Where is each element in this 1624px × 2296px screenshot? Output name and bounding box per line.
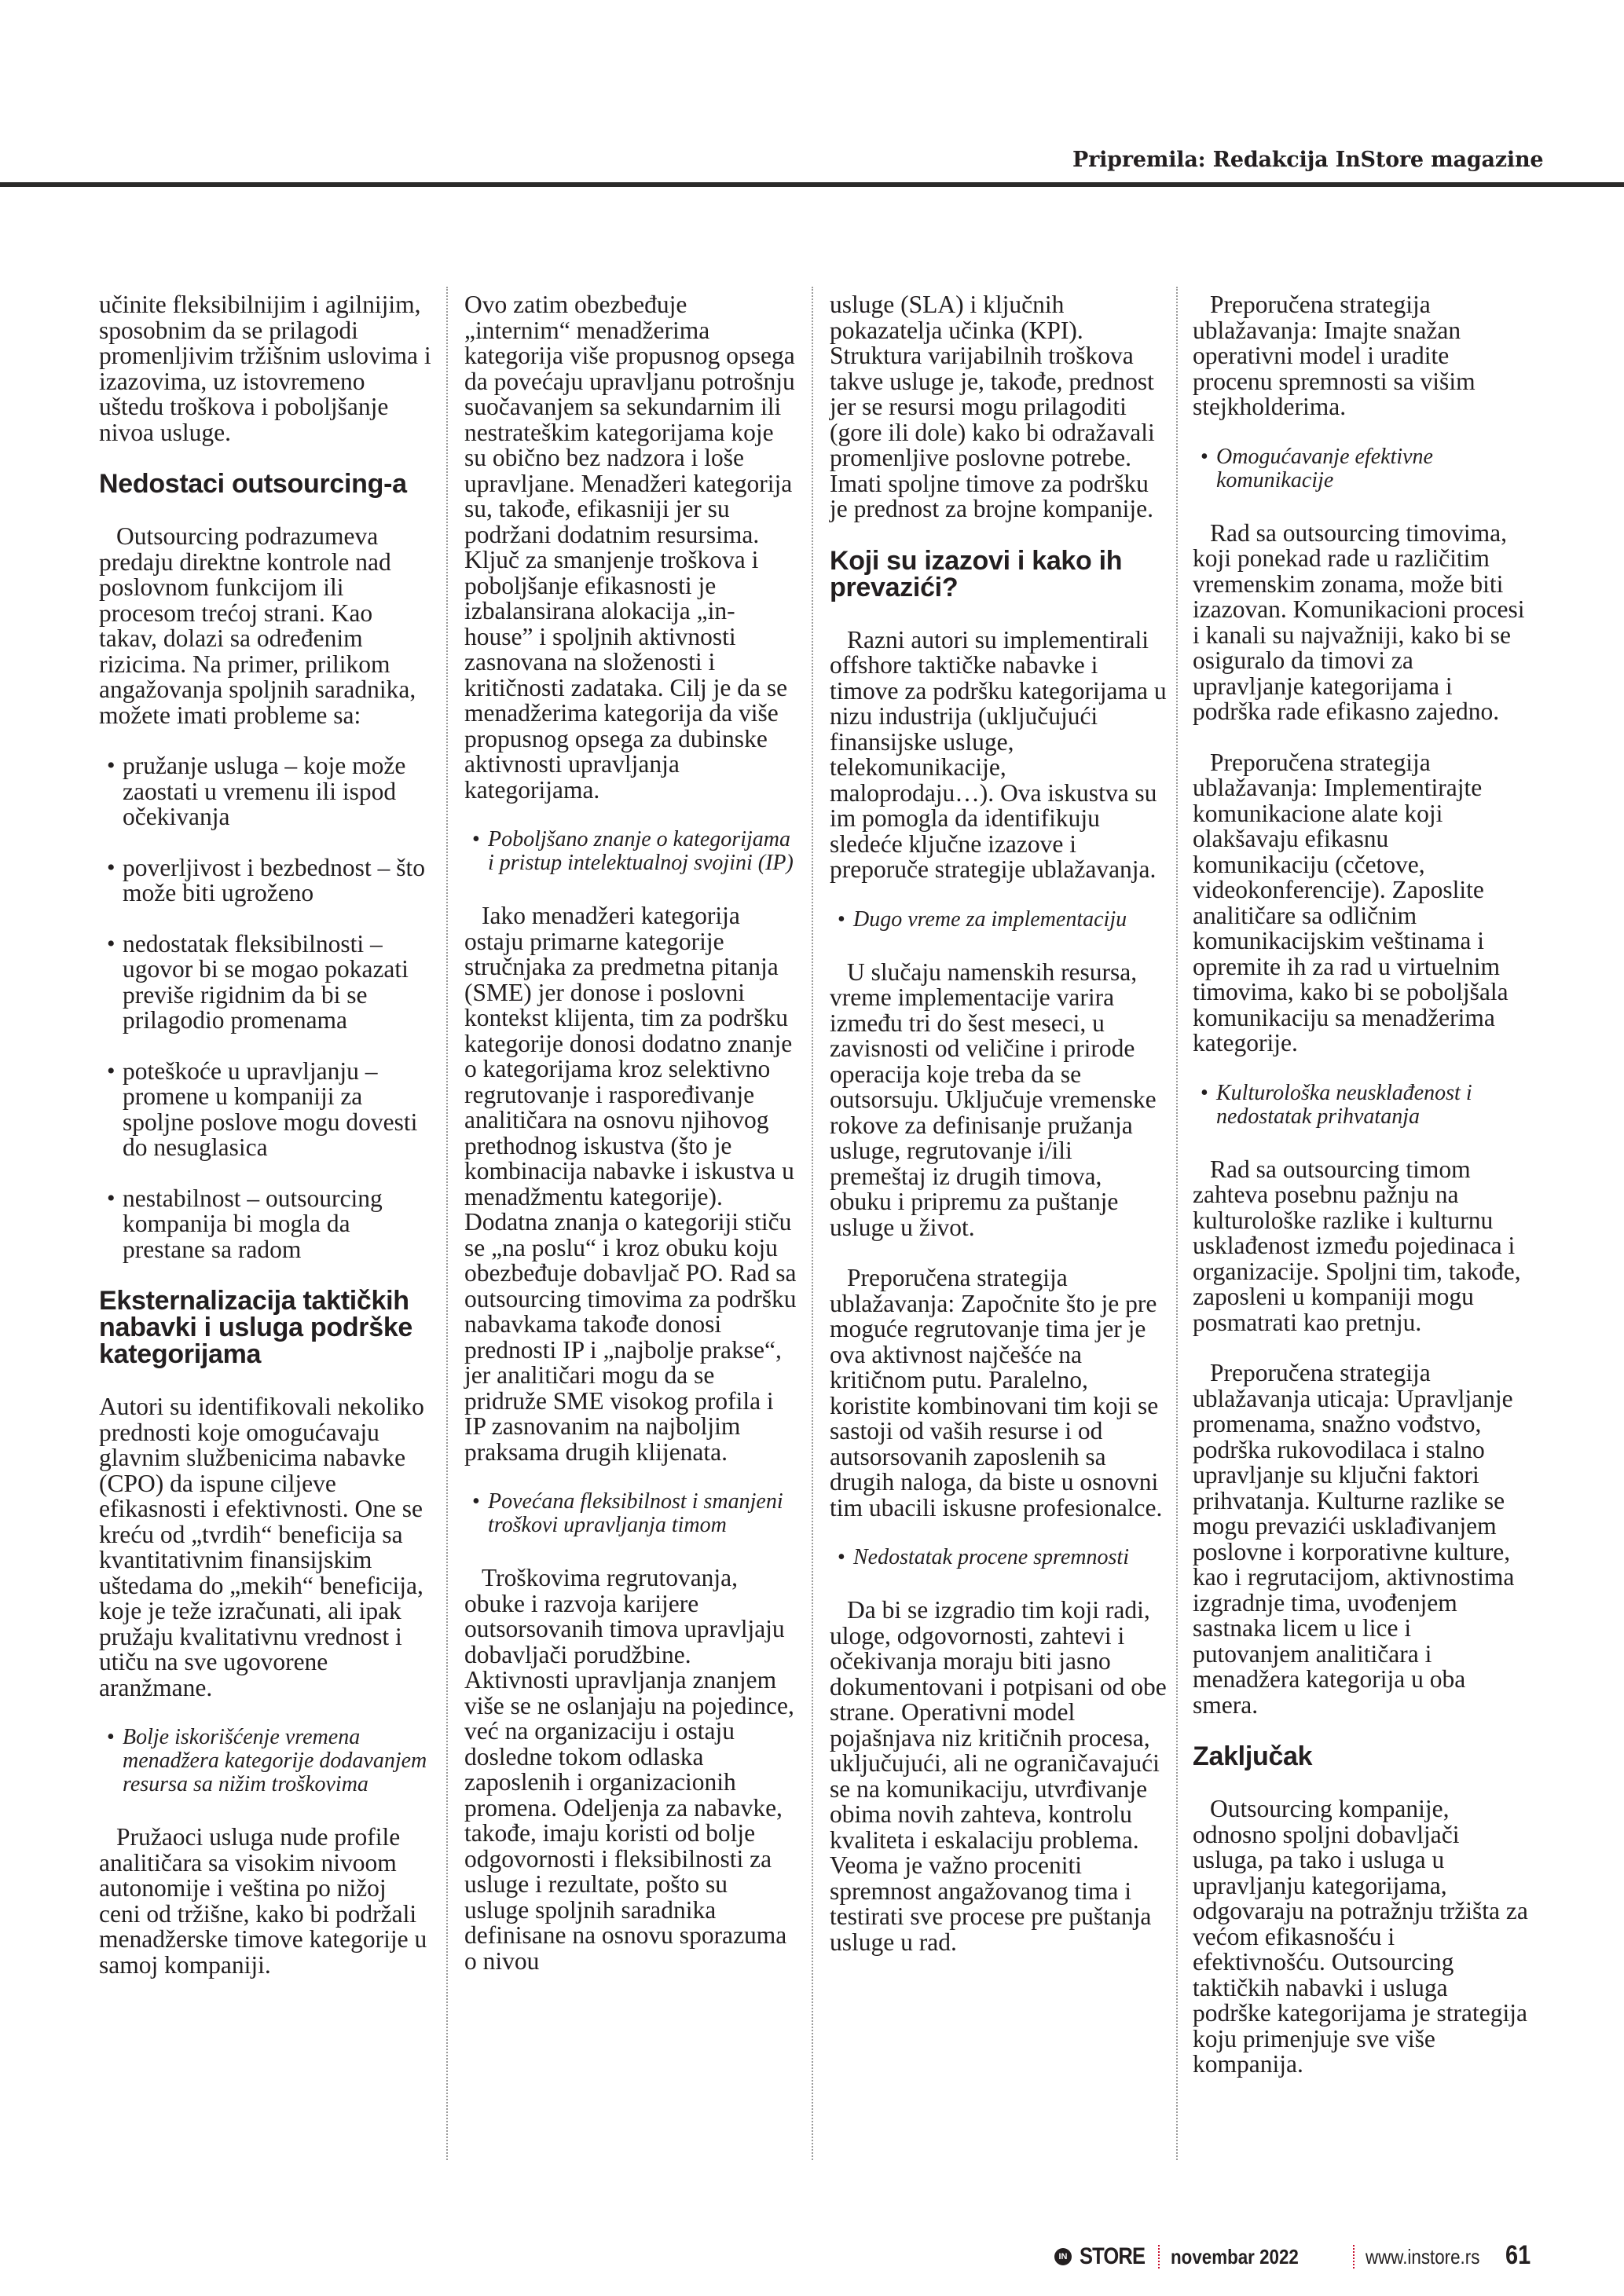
header-rule <box>0 182 1624 187</box>
paragraph: Autori su identifikovali nekoliko predno… <box>99 1394 432 1701</box>
issue-date: novembar 2022 <box>1171 2245 1318 2269</box>
page-footer: IN STORE novembar 2022 www.instore.rs <box>1054 2243 1554 2271</box>
article-credit: Pripremila: Redakcija InStore magazine <box>1072 148 1543 172</box>
paragraph: Preporučena strategija ublažavanja: Impl… <box>1193 750 1531 1056</box>
list-item: nedostatak fleksibilnosti – ugovor bi se… <box>99 932 432 1034</box>
paragraph: Pružaoci usluga nude profile analitičara… <box>99 1825 432 1978</box>
column-divider <box>1176 287 1178 2160</box>
paragraph: Preporučena strategija ublažavanja utica… <box>1193 1360 1531 1718</box>
column-1: učinite fleksibilnijim i agilnijim, spos… <box>99 292 432 2003</box>
paragraph: Da bi se izgradio tim koji radi, uloge, … <box>830 1598 1168 1955</box>
paragraph: Outsourcing podrazumeva predaju direktne… <box>99 524 432 728</box>
website-link[interactable]: www.instore.rs <box>1366 2245 1527 2269</box>
column-3: usluge (SLA) i ključnih pokazatelja učin… <box>830 292 1168 1980</box>
paragraph: Iako menadžeri kategorija ostaju primarn… <box>464 903 798 1465</box>
instore-logo-wordmark: STORE <box>1080 2243 1137 2270</box>
paragraph: usluge (SLA) i ključnih pokazatelja učin… <box>830 292 1168 522</box>
paragraph: Rad sa outsourcing timom zahteva posebnu… <box>1193 1157 1531 1336</box>
italic-subheading: Dugo vreme za implementaciju <box>830 908 1168 932</box>
list-item: nestabilnost – outsourcing kompanija bi … <box>99 1186 432 1263</box>
risks-list: pružanje usluga – koje može zaostati u v… <box>99 753 432 1262</box>
italic-subheading: Bolje iskorišćenje vremena menadžera kat… <box>99 1726 432 1796</box>
list-item: poverljivost i bezbednost – što može bit… <box>99 855 432 906</box>
column-divider <box>446 287 448 2160</box>
column-divider <box>812 287 813 2160</box>
section-heading-nedostaci: Nedostaci outsourcing-a <box>99 471 432 497</box>
paragraph: učinite fleksibilnijim i agilnijim, spos… <box>99 292 432 445</box>
paragraph: U slučaju namenskih resursa, vreme imple… <box>830 960 1168 1241</box>
paragraph: Preporučena strategija ublažavanja: Imaj… <box>1193 292 1531 420</box>
italic-subheading: Poboljšano znanje o kategorijama i prist… <box>464 828 798 875</box>
page-number: 61 <box>1505 2240 1531 2271</box>
instore-logo-icon: IN <box>1054 2248 1072 2265</box>
column-2: Ovo zatim obezbeđuje „internim“ menadžer… <box>464 292 798 1999</box>
section-heading-eksternalizacija: Eksternalizacija taktičkih nabavki i usl… <box>99 1287 432 1368</box>
list-item: poteškoće u upravljanju – promene u komp… <box>99 1059 432 1161</box>
italic-subheading: Povećana fleksibilnost i smanjeni troško… <box>464 1490 798 1537</box>
italic-subheading: Kulturološka neusklađenost i nedostatak … <box>1193 1082 1531 1129</box>
paragraph: Ovo zatim obezbeđuje „internim“ menadžer… <box>464 292 798 803</box>
footer-separator <box>1353 2245 1355 2269</box>
footer-separator <box>1158 2245 1160 2269</box>
list-item: pružanje usluga – koje može zaostati u v… <box>99 753 432 830</box>
column-4: Preporučena strategija ublažavanja: Imaj… <box>1193 292 1531 2103</box>
paragraph: Razni autori su implementirali offshore … <box>830 628 1168 883</box>
paragraph: Troškovima regrutovanja, obuke i razvoja… <box>464 1565 798 1974</box>
paragraph: Outsourcing kompanije, odnosno spoljni d… <box>1193 1796 1531 2078</box>
section-heading-zakljucak: Zaključak <box>1193 1743 1531 1770</box>
italic-subheading: Nedostatak procene spremnosti <box>830 1546 1168 1569</box>
section-heading-izazovi: Koji su izazovi i kako ih prevazići? <box>830 547 1168 601</box>
italic-subheading: Omogućavanje efektivne komunikacije <box>1193 445 1531 493</box>
paragraph: Rad sa outsourcing timovima, koji poneka… <box>1193 521 1531 725</box>
paragraph: Preporučena strategija ublažavanja: Zapo… <box>830 1265 1168 1521</box>
